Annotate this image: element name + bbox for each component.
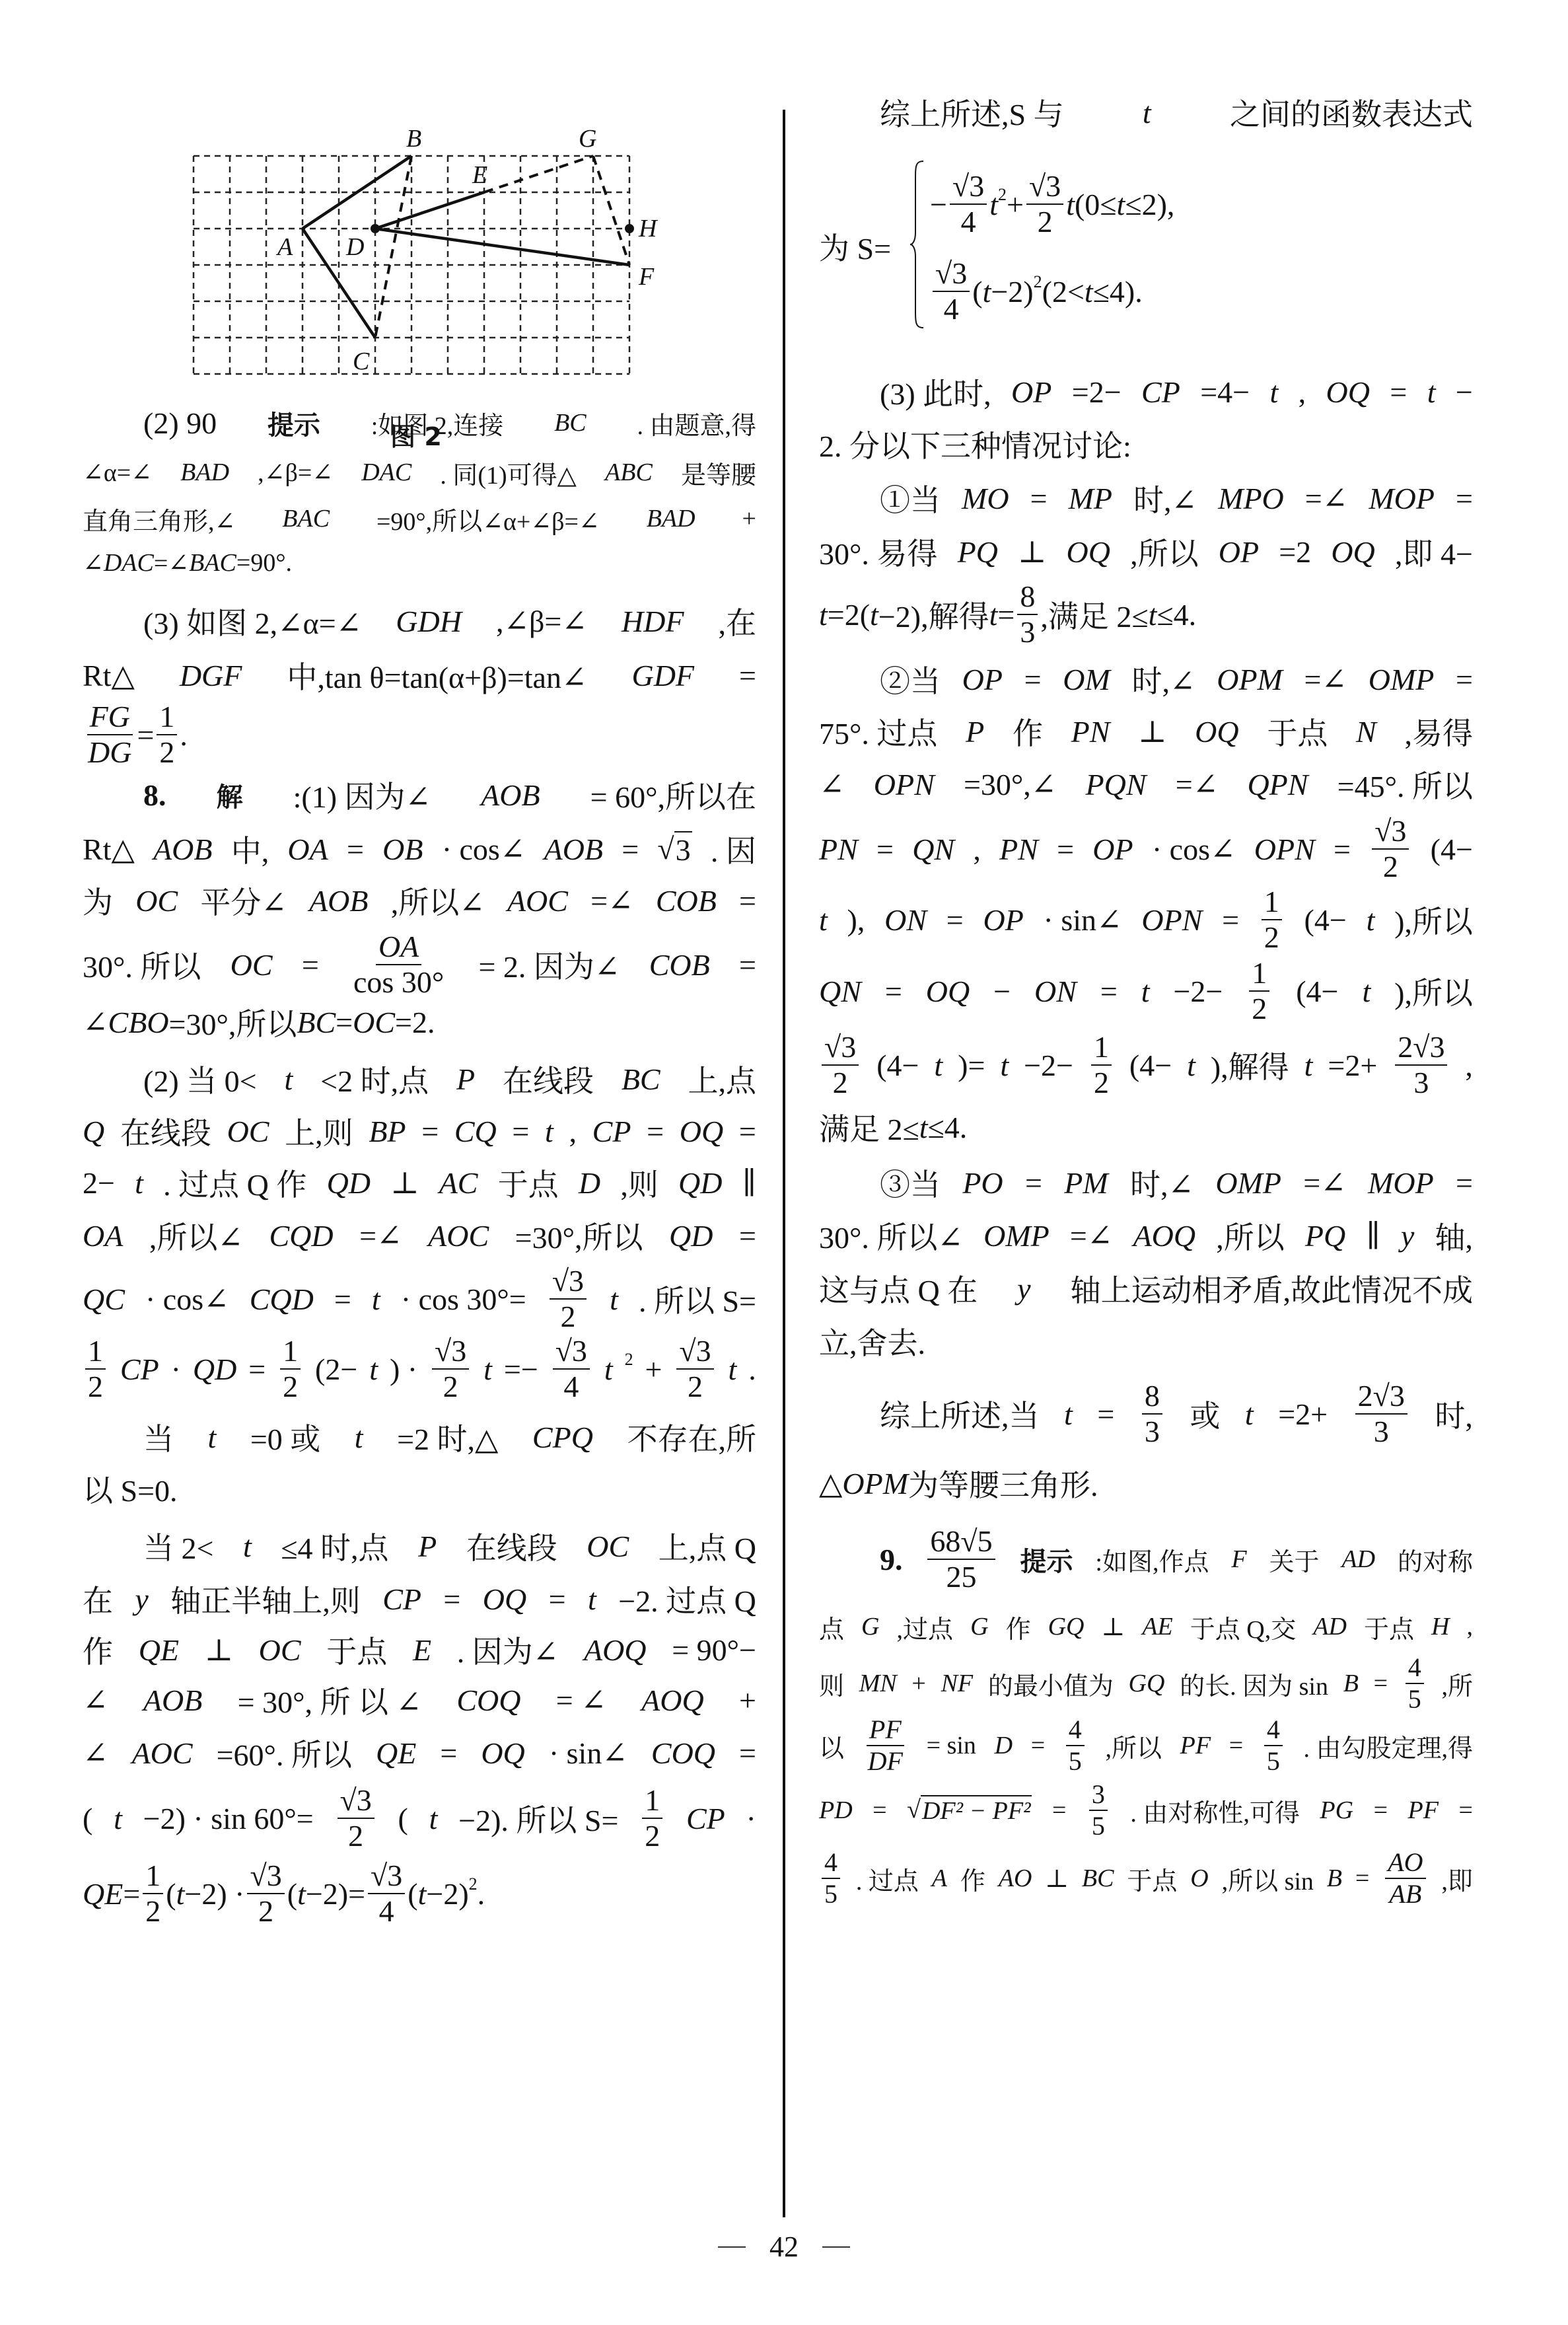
fraction: √32 [432, 1335, 469, 1403]
text-run: . 同(1)可得△ [440, 455, 577, 491]
fraction-denominator: 2 [557, 1300, 578, 1333]
fraction-denominator: DG [85, 735, 134, 768]
text-run: 在线段 [503, 1057, 594, 1101]
text-run: 则 [819, 1666, 844, 1702]
text-run: 2− [83, 1165, 115, 1200]
math-variable: ABC [605, 458, 653, 487]
text-run: . [478, 1876, 485, 1911]
text-run: ∠ [83, 1682, 108, 1718]
text-run: =30°,∠ [964, 766, 1056, 802]
fraction-denominator: 2 [280, 1370, 301, 1403]
text-run: −2) · [184, 1876, 244, 1911]
text-run: ②当 [880, 657, 941, 701]
text-run: ), [847, 903, 865, 938]
fraction-denominator: cos 30° [351, 965, 446, 998]
text-run: . 所以 S= [639, 1277, 756, 1321]
fraction-denominator: 2 [157, 735, 177, 768]
math-variable: BAD [647, 504, 695, 533]
math-variable: H [1431, 1612, 1449, 1641]
math-variable: COQ [651, 1736, 715, 1771]
text-line: Rt△AOB 中,OA=OB · cos∠AOB=√3. 因 [83, 829, 756, 869]
text-run: 解 [217, 776, 243, 814]
text-run: = [647, 1114, 664, 1149]
math-variable: t [1141, 974, 1150, 1009]
text-run: (3) 如图 2,∠α=∠ [143, 599, 361, 643]
text-run: −2− [1024, 1048, 1073, 1083]
fraction: √32 [822, 1031, 859, 1099]
text-run: =∠ [590, 883, 633, 918]
fraction-denominator: 4 [376, 1894, 397, 1927]
math-variable: BC [554, 408, 587, 437]
text-run: 时,∠ [1130, 1161, 1194, 1204]
text-run: . 因 [711, 827, 756, 871]
fraction: PFDF [865, 1716, 906, 1775]
text-run: 立,舍去. [819, 1319, 925, 1363]
fraction-numerator: √3 [676, 1335, 713, 1370]
text-run: = [1222, 903, 1239, 938]
fraction-numerator: 1 [1249, 957, 1269, 992]
math-variable: t [1304, 1048, 1313, 1083]
math-variable: t [934, 1048, 943, 1083]
fraction: OAcos 30° [351, 931, 446, 999]
superscript: 2 [998, 185, 1007, 205]
point-label-b: B [406, 126, 421, 153]
text-run: = [443, 1582, 460, 1617]
fraction-numerator: 1 [280, 1335, 301, 1370]
fraction: 12 [1249, 957, 1269, 1025]
math-variable: MOP [1369, 481, 1435, 516]
math-variable: t [870, 597, 878, 632]
math-variable: QD [678, 1165, 722, 1200]
fraction-denominator: 5 [1406, 1684, 1424, 1713]
text-line: 45. 过点 A 作 AO⊥BC 于点 O,所以 sin B=AOAB,即 [819, 1859, 1473, 1898]
text-run: 75°. 过点 [819, 710, 937, 753]
text-run: ≤4. [928, 1110, 968, 1145]
text-run: = [137, 718, 154, 753]
math-variable: G [861, 1612, 879, 1641]
text-run: 平分∠ [200, 879, 287, 922]
text-run: ,∠β=∠ [258, 458, 333, 488]
math-variable: BAD [180, 458, 229, 487]
fraction-numerator: 68√5 [927, 1526, 995, 1560]
text-run: ,∠β=∠ [496, 603, 587, 639]
text-run: 综上所述,S 与 [880, 91, 1064, 134]
math-variable: t [208, 1420, 217, 1455]
text-run: 30°. 所以 [83, 943, 201, 986]
text-run: = [1025, 1165, 1042, 1200]
text-run: 中, [231, 827, 269, 871]
text-run: 综上所述,当 [880, 1392, 1040, 1436]
point-dot-h [625, 224, 634, 233]
text-run: ⊥ [1102, 1612, 1125, 1642]
math-variable: AOC [507, 883, 568, 918]
text-run: :如图,作点 [1095, 1541, 1209, 1578]
fraction: 68√525 [927, 1526, 995, 1594]
text-run: ⊥ [390, 1165, 419, 1200]
text-run: =0 或 [250, 1415, 320, 1459]
fraction: 12 [1262, 886, 1282, 954]
text-run: ),所以 [1394, 969, 1473, 1013]
math-variable: F [1231, 1545, 1246, 1574]
text-line: 直角三角形,∠BAC=90°,所以∠α+∠β=∠BAD+ [83, 499, 756, 538]
superscript: 2 [625, 1350, 633, 1370]
math-variable: D [579, 1165, 600, 1200]
text-run: = [1374, 1796, 1388, 1825]
math-variable: MP [1069, 481, 1112, 516]
math-variable: QD [669, 1218, 713, 1253]
math-variable: OC [231, 947, 273, 982]
text-run: ≤4 时,点 [281, 1524, 388, 1568]
math-variable: t [1143, 95, 1151, 130]
text-run: (2< [1042, 274, 1085, 309]
math-variable: t [610, 1282, 618, 1317]
text-run: 在线段 [120, 1109, 211, 1153]
point-dot-d [371, 224, 380, 233]
text-run: = [739, 658, 756, 693]
grid-diagram-svg: ABCDEFGH [152, 126, 680, 416]
math-variable: t [114, 1801, 122, 1836]
math-variable: t [243, 1529, 252, 1564]
fraction-numerator: √3 [933, 258, 970, 292]
text-run: = [347, 832, 364, 867]
text-line: 30°. 易得 PQ⊥OQ,所以 OP=2OQ,即 4− [819, 532, 1473, 572]
math-variable: PQN [1086, 767, 1147, 802]
fraction-denominator: 2 [256, 1894, 276, 1927]
text-line: ∠α=∠BAD,∠β=∠DAC. 同(1)可得△ABC 是等腰 [83, 453, 756, 492]
text-line: ∠AOB = 30°, 所 以 ∠COQ = ∠AOQ + [83, 1680, 756, 1720]
text-line: PD=√DF² − PF² =35. 由对称性,可得 PG=PF= [819, 1790, 1473, 1830]
text-run: = [885, 974, 902, 1009]
text-run: =∠ [1305, 480, 1348, 516]
text-run: = [876, 832, 894, 867]
text-line: Q 在线段 OC 上,则 BP=CQ=t,CP=OQ= [83, 1111, 756, 1151]
piecewise-label: 为 S= [819, 225, 891, 268]
text-run: =60°. 所以 [217, 1731, 352, 1775]
math-variable: t [284, 1062, 293, 1097]
text-line: (t−2) · sin 60°=√32(t−2). 所以 S=12CP · [83, 1798, 756, 1838]
text-run: , [569, 1114, 577, 1149]
fraction: 83 [1142, 1380, 1162, 1448]
text-run: =∠ [154, 548, 189, 578]
fraction-numerator: √3 [1372, 815, 1409, 850]
math-variable: BC [1082, 1864, 1114, 1893]
math-variable: OA [83, 1218, 123, 1253]
text-run: 或 [1190, 1392, 1220, 1436]
text-run: (4− [1304, 903, 1347, 938]
text-line: 以PFDF= sin D=45,所以 PF=45. 由勾股定理,得 [819, 1726, 1473, 1765]
math-variable: OQ [1195, 714, 1238, 749]
text-run: =∠ [1304, 661, 1347, 697]
text-line: 75°. 过点 P 作 PN⊥OQ 于点 N,易得 [819, 712, 1473, 751]
math-variable: PO [962, 1165, 1003, 1200]
text-run: 点 [819, 1609, 844, 1645]
math-variable: CP [686, 1801, 725, 1836]
fraction: 12 [642, 1785, 662, 1853]
math-variable: AOB [143, 1683, 202, 1718]
text-run: ,即 4− [1395, 530, 1473, 573]
math-variable: O [1190, 1864, 1208, 1893]
text-run: ,所 [1441, 1666, 1473, 1702]
math-variable: t [372, 1282, 380, 1317]
text-run: 30°. 易得 [819, 530, 937, 573]
fraction: √34 [368, 1860, 405, 1928]
math-variable: AOC [428, 1218, 489, 1253]
point-label-e: E [472, 161, 487, 189]
math-variable: PN [1071, 714, 1110, 749]
text-run: ,所以 sin [1222, 1861, 1314, 1897]
text-line: 以 S=0. [83, 1469, 756, 1508]
fraction: 12 [143, 1860, 163, 1928]
text-run: . 过点 Q 作 [163, 1161, 306, 1204]
text-run: = [1355, 1864, 1369, 1893]
text-run: = [248, 1352, 266, 1387]
text-run: 轴正半轴上,则 [170, 1577, 361, 1621]
fraction-numerator: √3 [368, 1860, 405, 1894]
text-run: ,所以∠ [391, 879, 485, 922]
text-run: (2) 90 [143, 406, 217, 441]
text-run: 的长. 因为 sin [1180, 1666, 1328, 1702]
math-variable: OPN [1254, 832, 1315, 867]
fraction-denominator: 5 [822, 1879, 840, 1908]
text-run: 时,∠ [1133, 476, 1197, 520]
text-run: 2. 分以下三种情况讨论: [819, 422, 1131, 466]
square-root: √3 [657, 831, 692, 867]
text-run: = [1097, 1397, 1114, 1432]
text-run: 直角三角形,∠ [83, 501, 235, 537]
math-variable: OQ [680, 1114, 723, 1149]
fraction-numerator: 2√3 [1355, 1380, 1408, 1415]
math-variable: OPN [874, 767, 935, 802]
fraction-numerator: 4 [1066, 1716, 1085, 1746]
math-variable: QC [83, 1282, 125, 1317]
fraction-denominator: 2 [1035, 205, 1055, 238]
text-run: 以 [819, 1728, 844, 1764]
fraction: 83 [1017, 581, 1038, 649]
fraction-denominator: 2 [830, 1066, 851, 1099]
math-variable: CQD [250, 1282, 314, 1317]
text-run: ,在 [718, 599, 756, 643]
fraction: √34 [553, 1335, 590, 1403]
math-variable: A [932, 1864, 947, 1893]
text-line: ∠OPN=30°,∠PQN=∠QPN=45°. 所以 [819, 764, 1473, 804]
fraction-numerator: 8 [1142, 1380, 1162, 1415]
text-run: 当 2< [143, 1524, 213, 1568]
piecewise-function: 为 S= −√34t2+√32t(0≤t≤2), √34(t−2)2(2<t≤4… [819, 159, 1473, 330]
text-run: . 由勾股定理,得 [1303, 1728, 1473, 1764]
math-variable: PN [819, 832, 858, 867]
fraction: √32 [676, 1335, 713, 1403]
math-variable: OA [287, 832, 328, 867]
text-run: , [1465, 1048, 1473, 1083]
text-line: ∠CBO=30°,所以 BC=OC=2. [83, 1002, 756, 1042]
text-run: =∠ [359, 1218, 402, 1253]
text-run: ≤2), [1125, 187, 1174, 222]
text-run: ,所以 [1216, 1214, 1285, 1257]
text-run: −2) [426, 1876, 468, 1911]
fraction-denominator: AB [1386, 1879, 1424, 1908]
fraction-numerator: 4 [1264, 1716, 1283, 1746]
text-run: ( [408, 1876, 417, 1911]
text-run: 满足 2≤ [819, 1105, 919, 1149]
math-variable: t [429, 1801, 438, 1836]
text-run: 在 [83, 1577, 113, 1621]
fraction-denominator: 5 [1264, 1746, 1283, 1775]
fraction: √32 [550, 1265, 587, 1333]
fraction-numerator: 4 [1406, 1654, 1424, 1684]
text-run: = 2. 因为∠ [478, 943, 620, 986]
text-run: =4− [1200, 375, 1250, 410]
text-run: = [1030, 481, 1048, 516]
math-variable: MN [859, 1669, 897, 1698]
math-variable: t [1085, 274, 1093, 309]
text-run: . [180, 718, 188, 753]
text-run: =2− [1072, 375, 1122, 410]
text-run: = [1374, 1669, 1388, 1698]
text-run: =45°. 所以 [1337, 762, 1473, 806]
text-run: <2 时,点 [320, 1057, 429, 1101]
text-run: 于点 [1127, 1861, 1177, 1897]
text-run: · sin∠ [549, 1735, 627, 1771]
text-run: · cos∠ [1152, 831, 1236, 867]
math-variable: t [819, 903, 828, 938]
text-run: −2. 过点 Q [618, 1577, 756, 1621]
text-run: . 因为∠ [457, 1628, 559, 1672]
fraction-denominator: 3 [1411, 1066, 1431, 1099]
fraction: 12 [1091, 1031, 1112, 1099]
math-variable: QE [139, 1633, 179, 1668]
math-variable: BC [297, 1005, 336, 1040]
text-run: =∠ [1176, 766, 1219, 802]
math-variable: QD [193, 1352, 236, 1387]
text-run: 作 [83, 1628, 113, 1672]
fraction-numerator: √3 [822, 1031, 859, 1066]
left-brace-icon [909, 160, 926, 329]
math-variable: t [919, 1110, 928, 1145]
fraction: √34 [933, 258, 970, 326]
math-variable: OC [587, 1529, 629, 1564]
text-run: −2). 所以 S= [458, 1796, 618, 1840]
text-run: = [1031, 1731, 1045, 1760]
text-run: = 90°− [672, 1633, 756, 1668]
text-run: 8. [143, 778, 166, 813]
fraction: 2√33 [1395, 1031, 1447, 1099]
text-run: · cos∠ [442, 831, 526, 867]
text-run: = 30°, 所 以 ∠ [238, 1678, 421, 1722]
text-run: = [739, 1218, 756, 1253]
math-variable: B [1327, 1864, 1342, 1893]
text-run: ,所以 [1105, 1728, 1162, 1764]
math-variable: QE [83, 1876, 123, 1911]
text-run: − [1456, 375, 1473, 410]
text-run: :如图 2,连接 [371, 405, 504, 441]
math-variable: AOQ [641, 1683, 704, 1718]
radical-sign: √ [657, 831, 674, 866]
text-run: ,过点 [897, 1609, 954, 1645]
text-line: 当 t=0 或 t=2 时,△CPQ 不存在,所 [83, 1417, 756, 1457]
math-variable: QE [376, 1736, 416, 1771]
text-run: :(1) 因为∠ [293, 773, 431, 817]
text-run: = [1390, 375, 1407, 410]
text-run: 轴上运动相矛盾,故此情况不成 [1071, 1267, 1474, 1310]
fraction: √32 [1372, 815, 1409, 883]
text-run: + [742, 504, 756, 533]
text-line: 为 OC 平分∠AOB,所以∠AOC=∠COB= [83, 881, 756, 920]
text-line: ②当 OP=OM 时,∠OPM=∠OMP= [819, 659, 1473, 699]
math-variable: CQ [454, 1114, 497, 1149]
footer-dash-right [822, 2246, 850, 2248]
math-variable: GDF [631, 658, 694, 693]
fraction-numerator: 1 [143, 1860, 163, 1894]
text-run: =90°,所以∠α+∠β=∠ [376, 501, 600, 537]
math-variable: y [135, 1582, 148, 1617]
text-run: ∥ [742, 1165, 756, 1200]
fraction-numerator: AO [1385, 1849, 1425, 1879]
text-run: 当 [143, 1415, 174, 1459]
text-line: 2. 分以下三种情况讨论: [819, 424, 1473, 464]
text-run: 的最小值为 [988, 1666, 1114, 1702]
math-variable: AC [439, 1165, 478, 1200]
math-variable: AOQ [1133, 1218, 1196, 1253]
text-line: 在 y 轴正半轴上,则 CP=OQ=t−2. 过点 Q [83, 1579, 756, 1619]
text-run: =∠ [1303, 1165, 1346, 1200]
text-run: , [1466, 1612, 1473, 1641]
fraction-numerator: PF [867, 1716, 904, 1746]
text-run: = [123, 1876, 140, 1911]
text-run: ,易得 [1404, 710, 1473, 753]
text-run: ,即 [1441, 1861, 1473, 1897]
point-label-d: D [345, 233, 364, 261]
math-variable: t [1245, 1397, 1254, 1432]
fraction-numerator: 1 [1091, 1031, 1112, 1066]
fraction-numerator: √3 [950, 170, 987, 205]
math-variable: CBO [108, 1005, 169, 1040]
text-run: = [1458, 1796, 1472, 1825]
text-run: (3) 此时, [880, 370, 991, 414]
superscript: 2 [469, 1874, 478, 1894]
text-line: 立,舍去. [819, 1321, 1473, 1361]
fraction: 45 [1406, 1654, 1424, 1713]
fraction-denominator: DF [865, 1746, 906, 1775]
math-variable: OQ [1326, 375, 1370, 410]
text-run: · sin∠ [1044, 902, 1122, 938]
text-line: ③当 PO=PM 时,∠OMP=∠MOP= [819, 1163, 1473, 1202]
text-run: 是等腰 [681, 455, 756, 491]
text-line: 综上所述,当 t=83或 t=2+2√33时, [819, 1394, 1473, 1434]
math-variable: P [456, 1062, 475, 1097]
point-label-f: F [638, 263, 655, 291]
fraction-denominator: 5 [1066, 1746, 1085, 1775]
text-run: = [622, 832, 639, 867]
text-line: 8.解:(1) 因为∠AOB = 60°,所以在 [83, 775, 756, 815]
math-variable: OC [227, 1114, 269, 1149]
fraction-denominator: 2 [441, 1370, 461, 1403]
dashed-segment-gf [593, 156, 629, 265]
text-run: =30°,所以 [169, 1000, 297, 1044]
text-run: (4− [1296, 974, 1338, 1009]
fraction: √32 [1026, 170, 1063, 239]
math-variable: OC [135, 883, 178, 918]
text-run: ∠α=∠ [83, 458, 152, 488]
text-run: + [739, 1683, 756, 1718]
text-run: · cos∠ [145, 1281, 229, 1317]
text-run: · [746, 1801, 756, 1836]
fraction-numerator: 1 [1262, 886, 1282, 920]
text-run: )= [958, 1048, 985, 1083]
text-run: ,则 [620, 1161, 659, 1204]
fraction: 12 [85, 1335, 106, 1403]
page-footer: 42 [0, 2230, 1568, 2264]
text-line: t=2(t−2),解得 t=83,满足 2≤t≤4. [819, 595, 1473, 634]
